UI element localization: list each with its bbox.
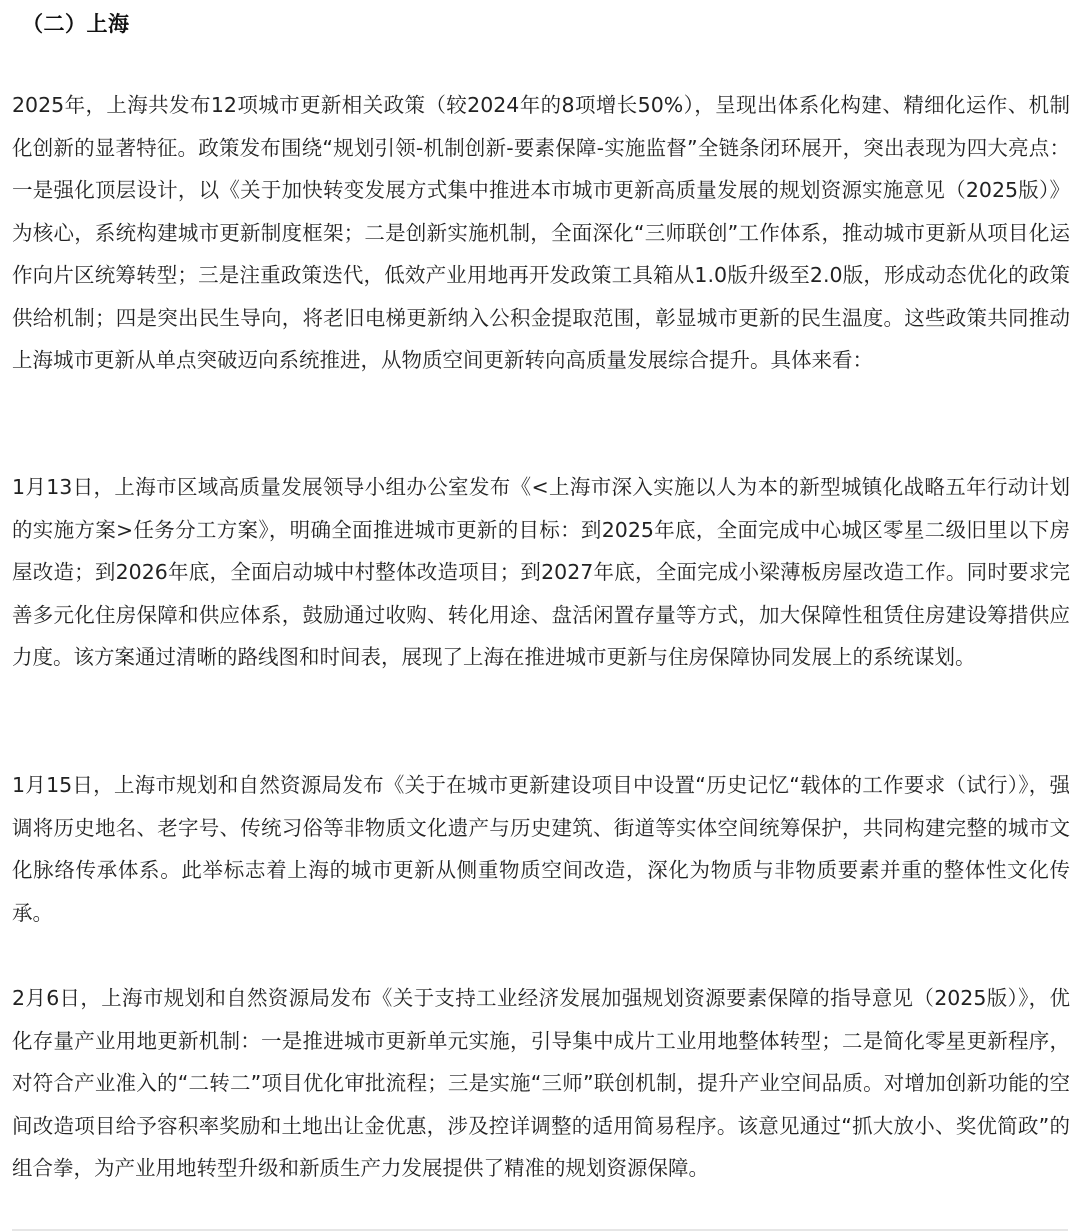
paragraph-overview: 2025年，上海共发布12项城市更新相关政策（较2024年的8项增长50%），呈… <box>12 84 1070 382</box>
paragraph-jan-15: 1月15日，上海市规划和自然资源局发布《关于在城市更新建设项目中设置“历史记忆“… <box>12 764 1070 934</box>
paragraph-feb-6: 2月6日，上海市规划和自然资源局发布《关于支持工业经济发展加强规划资源要素保障的… <box>12 977 1070 1190</box>
section-heading: （二）上海 <box>22 8 130 40</box>
paragraph-jan-13: 1月13日，上海市区域高质量发展领导小组办公室发布《<上海市深入实施以人为本的新… <box>12 466 1070 679</box>
